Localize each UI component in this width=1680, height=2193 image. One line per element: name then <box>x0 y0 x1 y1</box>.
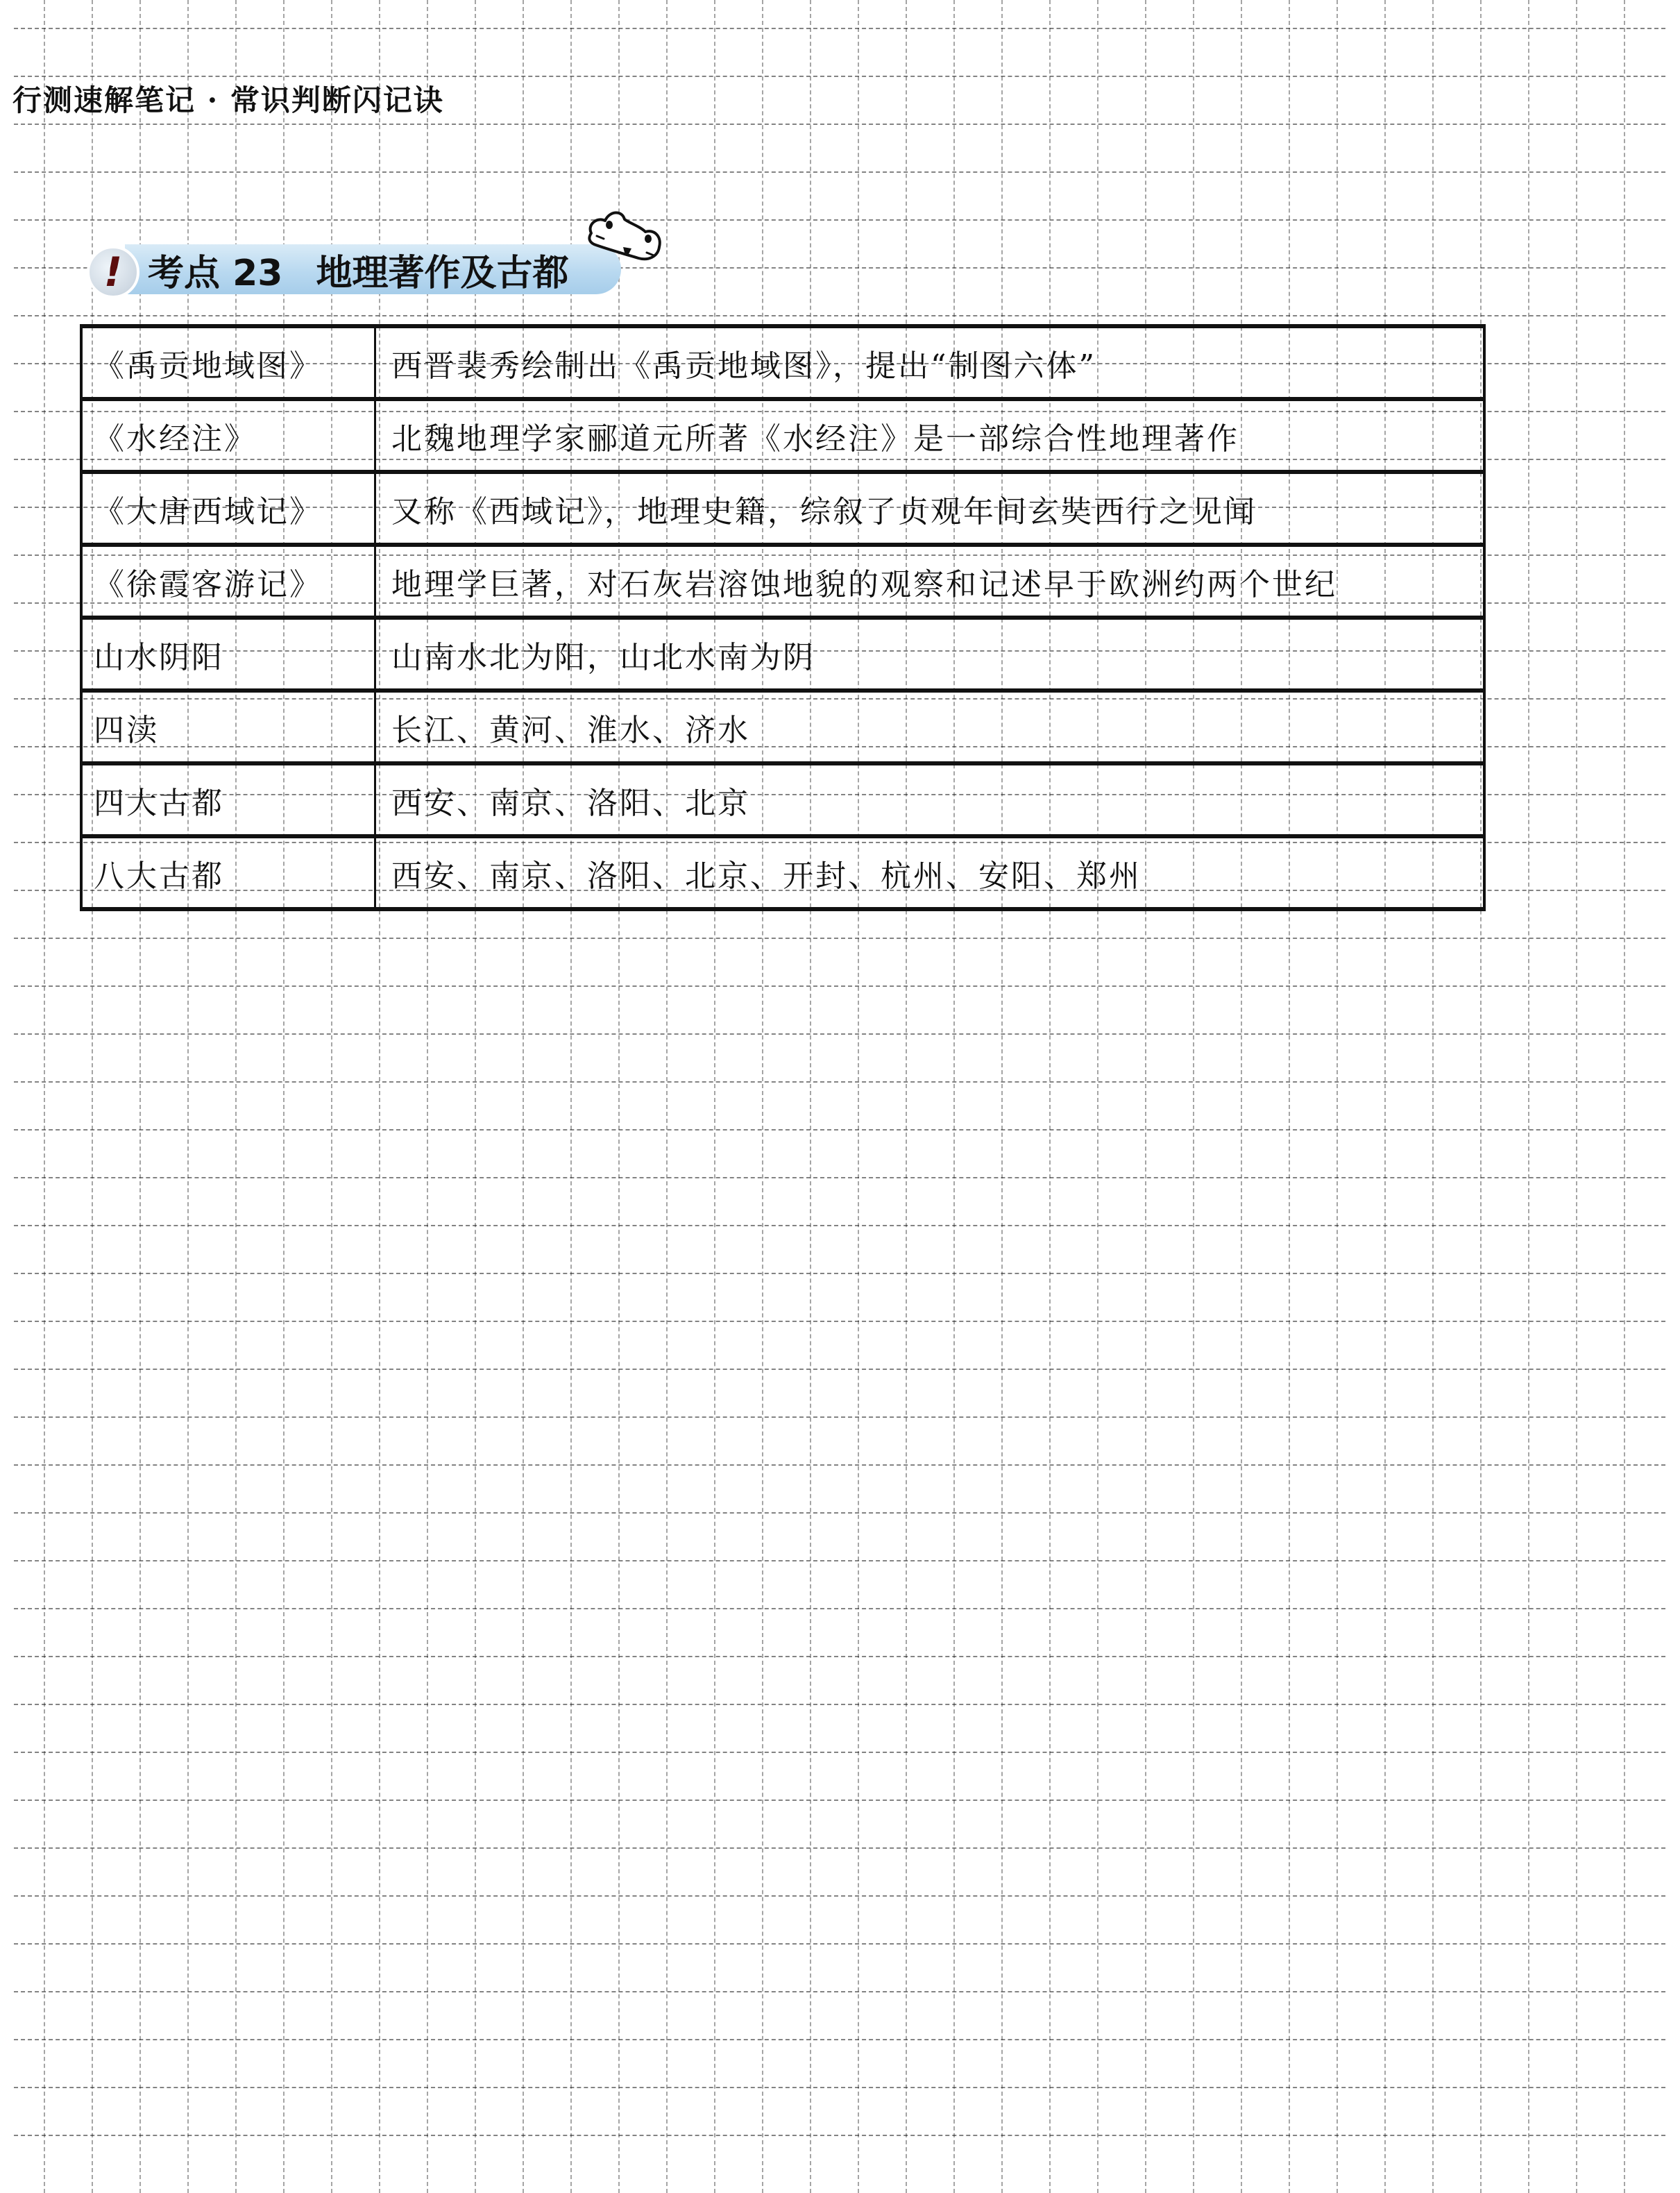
grid-line <box>1528 0 1529 2193</box>
grid-line <box>14 985 1665 987</box>
description-cell: 又称《西域记》，地理史籍，综叙了贞观年间玄奘西行之见闻 <box>375 472 1485 545</box>
grid-line <box>14 1608 1665 1609</box>
grid-line <box>14 1752 1665 1753</box>
grid-line <box>14 938 1665 939</box>
section-heading: 考点 23 地理著作及古都 <box>148 244 568 296</box>
grid-line <box>14 219 1665 221</box>
grid-line <box>44 0 45 2193</box>
grid-line <box>14 1369 1665 1370</box>
grid-line <box>14 76 1665 77</box>
description-cell: 西晋裴秀绘制出《禹贡地域图》，提出“制图六体” <box>375 326 1485 399</box>
grid-line <box>14 1991 1665 1992</box>
section-label: 考点 23 <box>148 244 282 296</box>
table-row: 山水阴阳 山南水北为阳，山北水南为阴 <box>81 618 1484 691</box>
grid-line <box>14 1225 1665 1226</box>
grid-line <box>14 124 1665 125</box>
grid-line <box>14 1177 1665 1178</box>
grid-line <box>14 1416 1665 1418</box>
description-cell: 地理学巨著，对石灰岩溶蚀地貌的观察和记述早于欧洲约两个世纪 <box>375 545 1485 618</box>
grid-line <box>14 1656 1665 1657</box>
table-row: 《徐霞客游记》 地理学巨著，对石灰岩溶蚀地貌的观察和记述早于欧洲约两个世纪 <box>81 545 1484 618</box>
grid-line <box>1624 0 1625 2193</box>
grid-line <box>14 1943 1665 1945</box>
term-cell: 《大唐西域记》 <box>81 472 375 545</box>
table-row: 《水经注》 北魏地理学家郦道元所著《水经注》是一部综合性地理著作 <box>81 399 1484 472</box>
section-banner: ! 考点 23 地理著作及古都 <box>87 244 621 294</box>
exclamation-icon: ! <box>87 246 139 298</box>
grid-line <box>14 28 1665 29</box>
grid-line <box>14 1033 1665 1035</box>
grid-line <box>14 1512 1665 1514</box>
term-cell: 《禹贡地域图》 <box>81 326 375 399</box>
grid-line <box>14 1464 1665 1466</box>
table-row: 《大唐西域记》 又称《西域记》，地理史籍，综叙了贞观年间玄奘西行之见闻 <box>81 472 1484 545</box>
description-cell: 长江、黄河、淮水、济水 <box>375 691 1485 763</box>
section-title: 地理著作及古都 <box>316 244 568 296</box>
grid-line <box>14 1800 1665 1801</box>
frog-face-icon <box>582 205 665 268</box>
grid-line <box>14 1081 1665 1083</box>
grid-line <box>14 2135 1665 2136</box>
table-row: 四渎 长江、黄河、淮水、济水 <box>81 691 1484 763</box>
term-cell: 四大古都 <box>81 763 375 836</box>
description-cell: 北魏地理学家郦道元所著《水经注》是一部综合性地理著作 <box>375 399 1485 472</box>
grid-line <box>14 315 1665 316</box>
description-cell: 西安、南京、洛阳、北京、开封、杭州、安阳、郑州 <box>375 836 1485 909</box>
page-header-title: 行测速解笔记 · 常识判断闪记诀 <box>12 78 444 119</box>
grid-line <box>14 1321 1665 1322</box>
grid-line <box>14 1560 1665 1561</box>
term-cell: 《水经注》 <box>81 399 375 472</box>
table-row: 《禹贡地域图》 西晋裴秀绘制出《禹贡地域图》，提出“制图六体” <box>81 326 1484 399</box>
grid-line <box>14 1895 1665 1897</box>
grid-line <box>14 1273 1665 1274</box>
grid-line <box>1576 0 1577 2193</box>
term-cell: 四渎 <box>81 691 375 763</box>
grid-line <box>14 171 1665 173</box>
grid-line <box>14 1129 1665 1131</box>
term-cell: 《徐霞客游记》 <box>81 545 375 618</box>
grid-line <box>14 2087 1665 2088</box>
grid-line <box>14 1704 1665 1705</box>
description-cell: 山南水北为阳，山北水南为阴 <box>375 618 1485 691</box>
description-cell: 西安、南京、洛阳、北京 <box>375 763 1485 836</box>
notes-table: 《禹贡地域图》 西晋裴秀绘制出《禹贡地域图》，提出“制图六体” 《水经注》 北魏… <box>80 324 1486 911</box>
table-row: 八大古都 西安、南京、洛阳、北京、开封、杭州、安阳、郑州 <box>81 836 1484 909</box>
term-cell: 八大古都 <box>81 836 375 909</box>
grid-line <box>14 2039 1665 2040</box>
term-cell: 山水阴阳 <box>81 618 375 691</box>
grid-line <box>14 1847 1665 1849</box>
table-row: 四大古都 西安、南京、洛阳、北京 <box>81 763 1484 836</box>
